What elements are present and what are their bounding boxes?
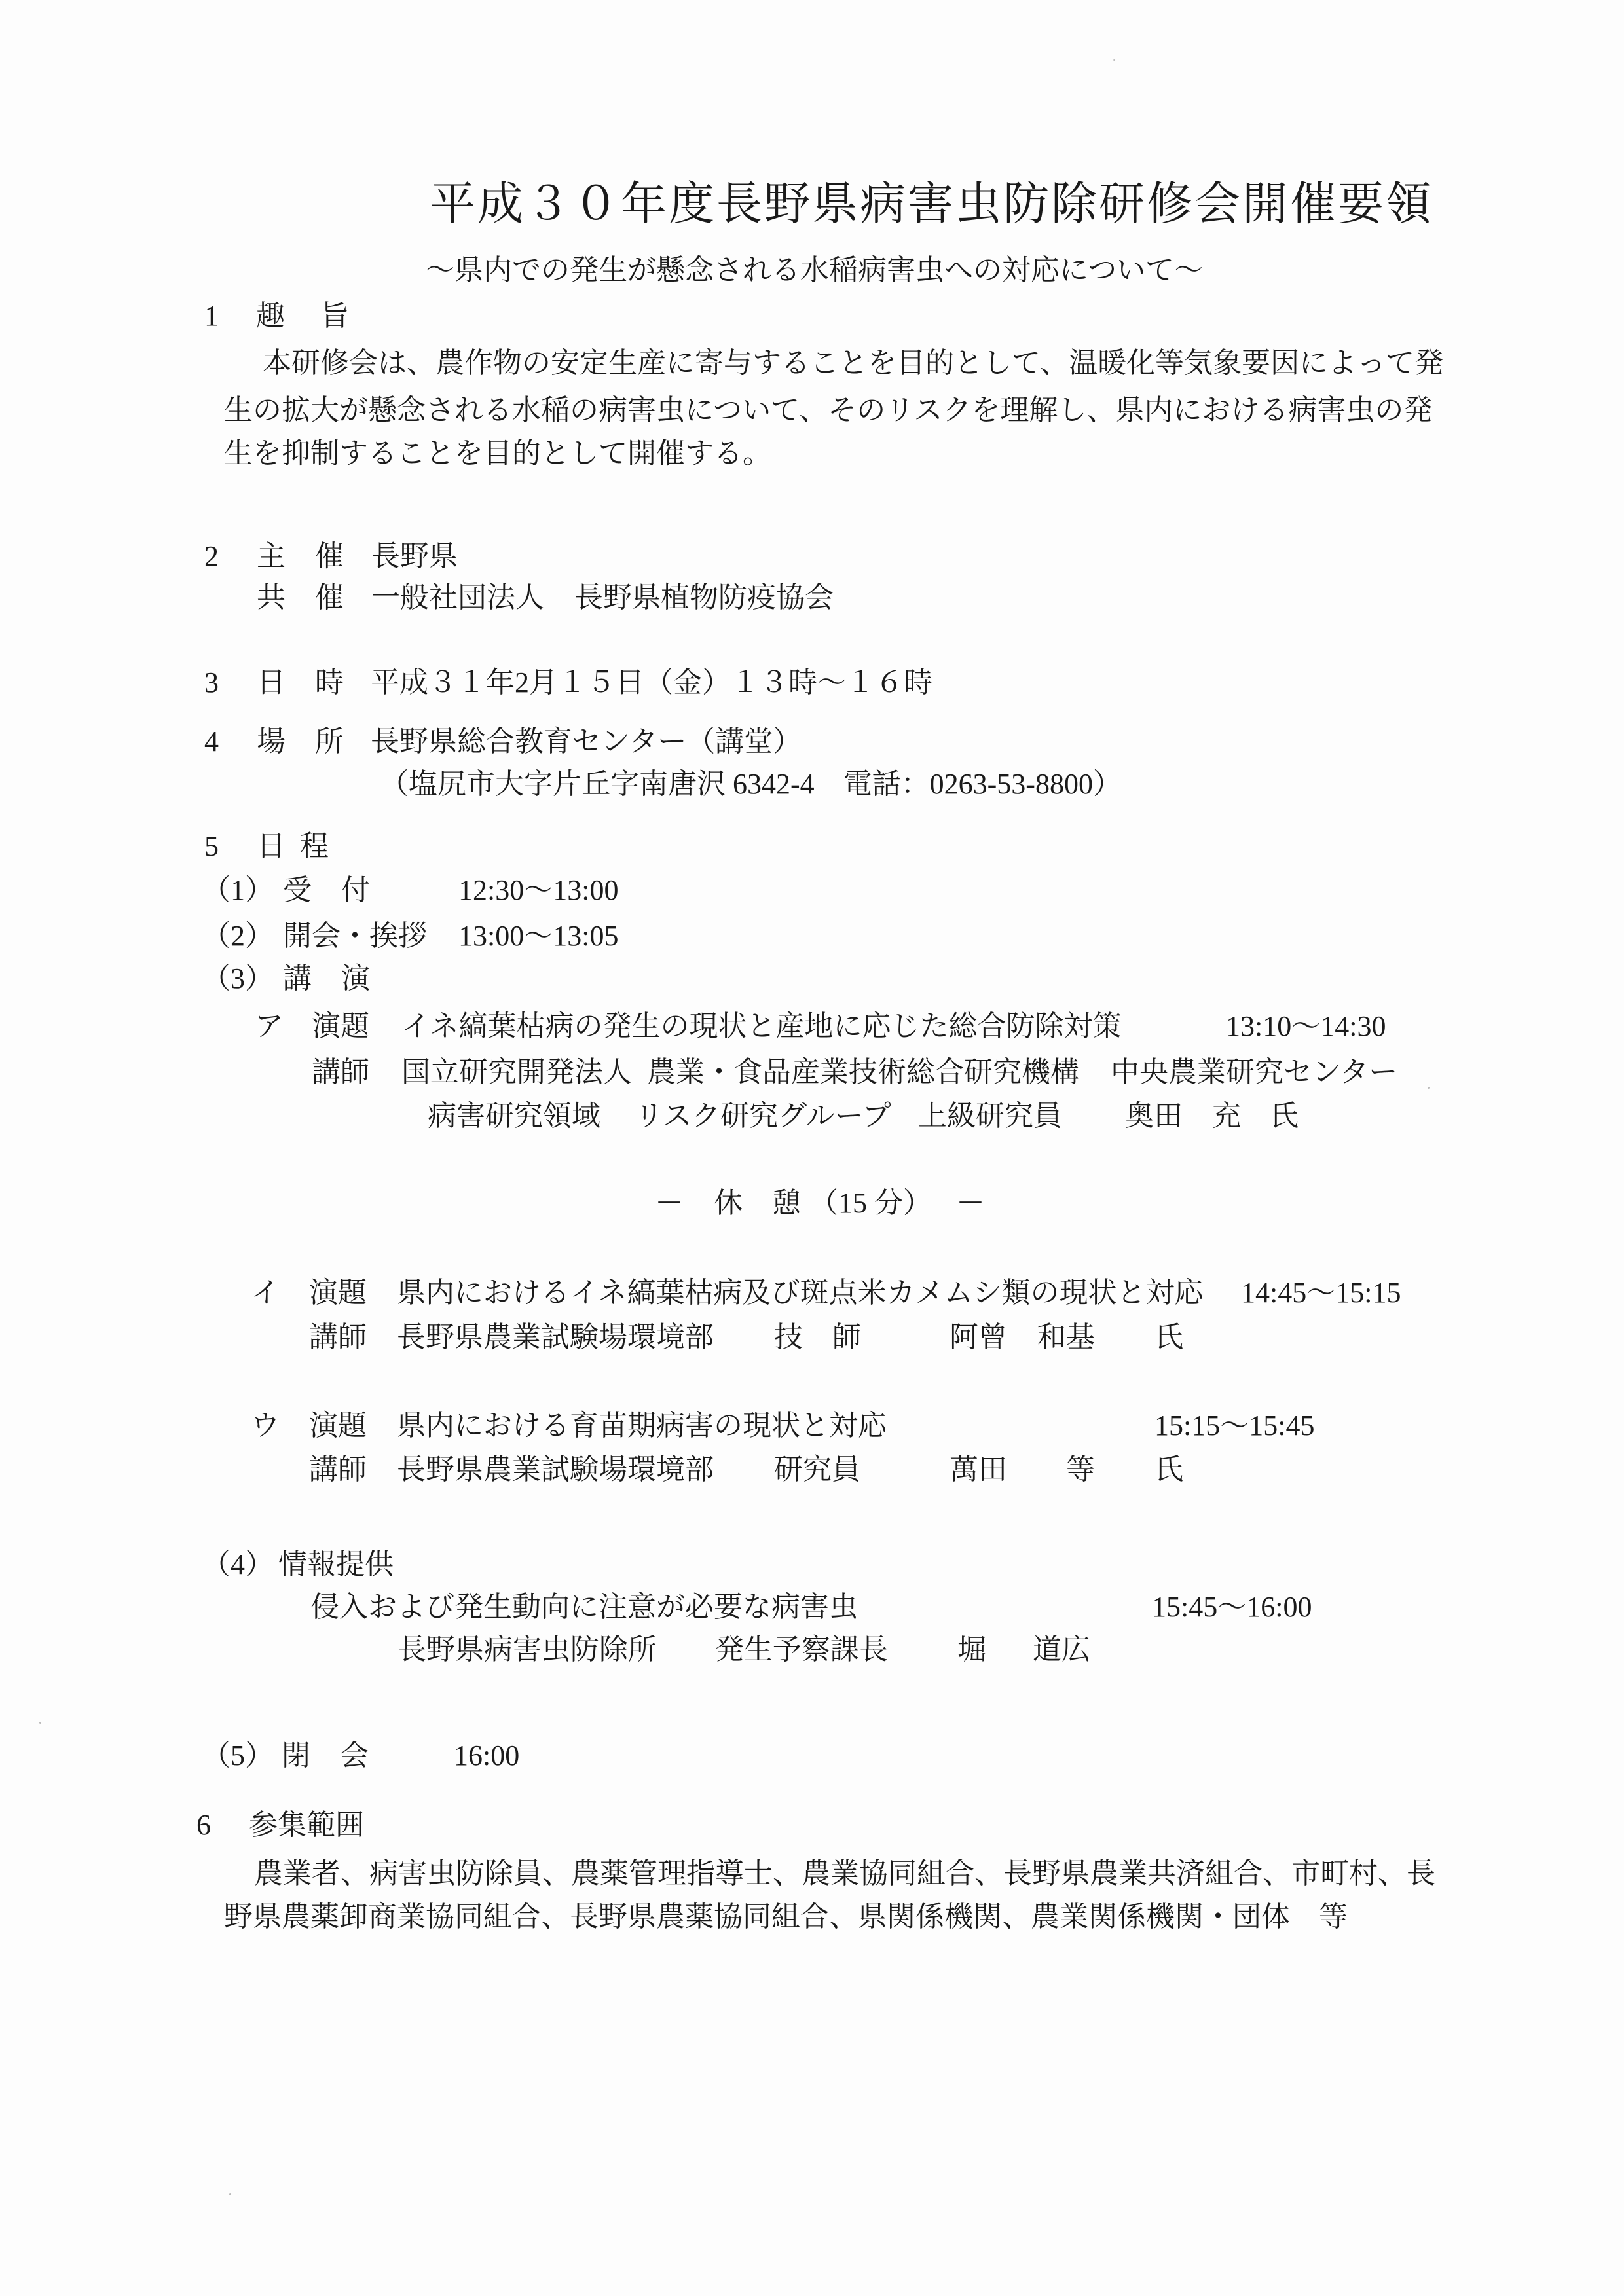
lecturer-label: 講師 xyxy=(309,1455,367,1484)
section-number: 6 xyxy=(196,1811,211,1840)
lecturer-position: 技 xyxy=(774,1323,803,1352)
section-heading: 場 xyxy=(257,727,286,756)
schedule-item-number: （1） xyxy=(202,876,274,905)
schedule-item-label: 付 xyxy=(341,876,370,905)
info-given-name: 道広 xyxy=(1033,1635,1090,1664)
lecturer-org: 農業・食品産業技術総合研究機構 xyxy=(647,1058,1079,1087)
break-duration: （15 分） xyxy=(809,1189,932,1218)
venue-address: （塩尻市大字片丘字南唐沢 6342-4 電話：0263-53-8800） xyxy=(380,770,1122,799)
lecture-mark: ア xyxy=(255,1012,284,1041)
lecturer-surname: 奥田 xyxy=(1125,1102,1183,1131)
lecturer-label: 講師 xyxy=(309,1323,367,1352)
schedule-item-label: 開会・挨拶 xyxy=(283,922,427,951)
lecturer-position: 研究員 xyxy=(774,1455,860,1484)
lecturer-org: 国立研究開発法人 xyxy=(401,1058,632,1087)
participants-text-line: 農業者、病害虫防除員、農薬管理指導士、農業協同組合、長野県農業共済組合、市町村、… xyxy=(254,1859,1435,1888)
info-topic: 侵入および発生動向に注意が必要な病害虫 xyxy=(310,1593,858,1622)
document-page: 平成３０年度長野県病害虫防除研修会開催要領 ～県内での発生が懸念される水稲病害虫… xyxy=(0,0,1624,2296)
lecturer-dept: リスク研究グループ xyxy=(635,1102,891,1131)
lecturer-surname: 萬田 xyxy=(950,1455,1007,1484)
lecturer-given-name: 和基 xyxy=(1037,1323,1095,1352)
document-subtitle: ～県内での発生が懸念される水稲病害虫への対応について～ xyxy=(426,256,1203,285)
section-number: 4 xyxy=(204,727,219,756)
section-heading: 旨 xyxy=(320,302,349,331)
lecturer-position: 上級研究員 xyxy=(918,1102,1062,1131)
schedule-item-label: 会 xyxy=(340,1741,369,1770)
closing-time: 16:00 xyxy=(454,1741,519,1770)
lecturer-org: 長野県農業試験場環境部 xyxy=(397,1455,714,1484)
section-number: 1 xyxy=(204,302,219,331)
lecturer-org: 中央農業研究センター xyxy=(1111,1058,1397,1087)
section-number: 5 xyxy=(204,832,219,861)
lecture-topic-label: 演題 xyxy=(312,1012,369,1041)
schedule-item-number: （2） xyxy=(202,922,274,951)
lecturer-org: 長野県農業試験場環境部 xyxy=(397,1323,714,1352)
co-organizer-label: 共 xyxy=(257,583,286,612)
lecturer-given-name: 等 xyxy=(1066,1455,1095,1484)
section-heading: 時 xyxy=(315,668,344,697)
lecture-topic: 県内における育苗期病害の現状と対応 xyxy=(397,1412,887,1440)
document-title: 平成３０年度長野県病害虫防除研修会開催要領 xyxy=(430,182,1433,228)
purpose-text-line: 生の拡大が懸念される水稲の病害虫について、そのリスクを理解し、県内における病害虫… xyxy=(224,396,1432,425)
datetime-value: 平成３１年2月１５日（金）１３時～１６時 xyxy=(371,668,932,697)
venue-name: 長野県総合教育センター（講堂） xyxy=(371,727,802,756)
schedule-item-time: 12:30～13:00 xyxy=(458,876,618,905)
schedule-item-number: （4） xyxy=(202,1550,274,1579)
section-heading: 趣 xyxy=(256,302,285,331)
purpose-text-line: 本研修会は、農作物の安定生産に寄与することを目的として、温暖化等気象要因によって… xyxy=(263,349,1443,378)
info-time: 15:45～16:00 xyxy=(1152,1593,1312,1622)
schedule-item-time: 13:00～13:05 xyxy=(458,922,618,951)
lecturer-honorific: 氏 xyxy=(1154,1455,1183,1484)
schedule-item-number: （3） xyxy=(202,964,274,993)
participants-text-line: 野県農薬卸商業協同組合、長野県農薬協同組合、県関係機関、農業関係機関・団体 等 xyxy=(224,1903,1348,1931)
purpose-text-line: 生を抑制することを目的として開催する。 xyxy=(224,439,771,468)
lecturer-label: 講師 xyxy=(312,1058,369,1087)
info-surname: 堀 xyxy=(957,1635,986,1664)
organizer-value: 長野県 xyxy=(371,542,458,571)
info-position: 発生予察課長 xyxy=(715,1635,888,1664)
lecture-topic-label: 演題 xyxy=(309,1279,367,1307)
schedule-item-label: 受 xyxy=(283,876,312,905)
lecturer-position: 師 xyxy=(832,1323,861,1352)
break-dash: － xyxy=(655,1189,684,1218)
schedule-item-label: 講 xyxy=(283,964,312,993)
scan-speck xyxy=(229,2193,231,2195)
section-heading: 程 xyxy=(300,832,329,861)
section-heading: 日 xyxy=(257,832,286,861)
lecture-time: 13:10～14:30 xyxy=(1226,1012,1386,1041)
lecturer-surname: 阿曾 xyxy=(950,1323,1007,1352)
lecture-topic: イネ縞葉枯病の発生の現状と産地に応じた総合防除対策 xyxy=(401,1012,1122,1041)
section-number: 3 xyxy=(204,668,219,697)
section-heading: 参集範囲 xyxy=(249,1811,364,1840)
section-heading: 催 xyxy=(315,542,344,571)
co-organizer-label: 催 xyxy=(315,583,344,612)
lecture-mark: ウ xyxy=(251,1412,280,1440)
co-organizer-name: 長野県植物防疫協会 xyxy=(574,583,834,612)
break-dash: － xyxy=(956,1189,985,1218)
break-label: 休 xyxy=(714,1189,743,1218)
scan-speck xyxy=(1428,1087,1430,1089)
schedule-item-number: （5） xyxy=(202,1741,274,1770)
lecturer-dept: 病害研究領域 xyxy=(428,1102,600,1131)
info-org: 長野県病害虫防除所 xyxy=(397,1635,657,1664)
schedule-item-label: 情報提供 xyxy=(278,1550,394,1579)
scan-speck xyxy=(39,1722,41,1724)
section-heading: 日 xyxy=(257,668,286,697)
scan-speck xyxy=(1113,59,1115,61)
schedule-item-label: 演 xyxy=(341,964,370,993)
lecturer-given-name: 充 xyxy=(1212,1102,1241,1131)
schedule-item-label: 閉 xyxy=(282,1741,310,1770)
lecture-time: 15:15～15:45 xyxy=(1154,1412,1314,1440)
lecture-time: 14:45～15:15 xyxy=(1241,1279,1401,1307)
section-number: 2 xyxy=(204,542,219,571)
lecture-topic-label: 演題 xyxy=(309,1412,367,1440)
lecture-mark: イ xyxy=(251,1279,280,1307)
co-organizer-type: 一般社団法人 xyxy=(371,583,544,612)
section-heading: 所 xyxy=(315,727,344,756)
lecture-topic: 県内におけるイネ縞葉枯病及び斑点米カメムシ類の現状と対応 xyxy=(397,1279,1204,1307)
section-heading: 主 xyxy=(257,542,286,571)
lecturer-honorific: 氏 xyxy=(1154,1323,1183,1352)
lecturer-honorific: 氏 xyxy=(1270,1102,1299,1131)
break-label: 憩 xyxy=(772,1189,801,1218)
